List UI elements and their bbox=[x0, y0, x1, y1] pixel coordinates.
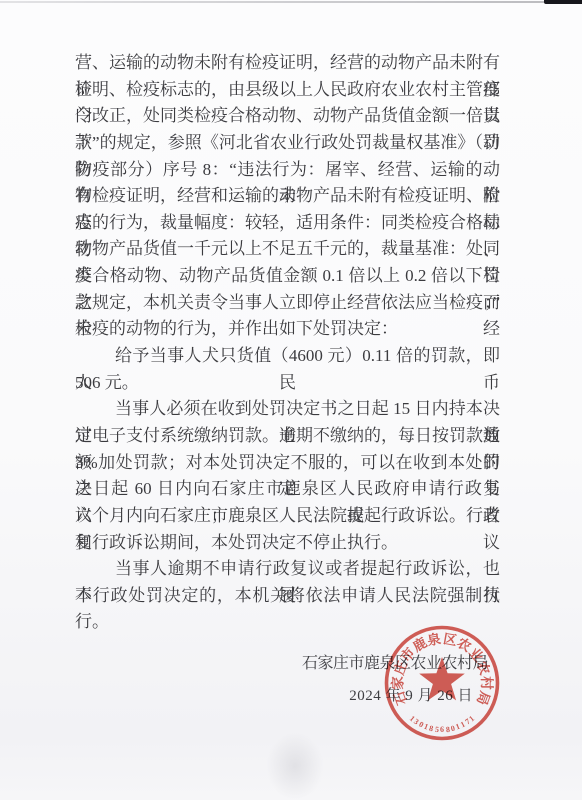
text-line: 本行政处罚决定的，本机关将依法申请人民法院强制执行。 bbox=[75, 583, 500, 610]
seal-star-icon bbox=[419, 657, 465, 700]
scanned-document-page: 营、运输的动物未附有检疫证明，经营的动物产品未附有检疫 证明、检疫标志的，由县级… bbox=[0, 0, 582, 800]
scan-edge-corner-mark bbox=[544, 0, 582, 4]
text-line: 当事人必须在收到处罚决定书之日起 15 日内持本决定书通 bbox=[75, 396, 500, 423]
text-line: 过电子支付系统缴纳罚款。逾期不缴纳的，每日按罚款数额的 bbox=[75, 423, 500, 450]
text-line: 之规定，本机关责令当事人立即停止经营依法应当检疫而未经 bbox=[75, 290, 500, 317]
text-line: 3%加处罚款；对本处罚决定不服的，可以在收到本处罚决定书 bbox=[75, 450, 500, 477]
text-line: 当事人逾期不申请行政复议或者提起行政诉讼，也不履行 bbox=[75, 556, 500, 583]
scan-edge-line bbox=[0, 1, 582, 3]
text-line: 令改正，处同类检疫合格动物、动物产品货值金额一倍以下罚 bbox=[75, 103, 500, 130]
text-line: 六个月内向石家庄市鹿泉区人民法院提起行政诉讼。行政复议 bbox=[75, 503, 500, 530]
text-line: 防疫部分）序号 8：“违法行为：屠宰、经营、运输的动物未附 bbox=[75, 157, 500, 184]
text-line: 之日起 60 日内向石家庄市鹿泉区人民政府申请行政复议；或者 bbox=[75, 476, 500, 503]
text-line: 款”的规定，参照《河北省农业行政处罚裁量权基准》（动物 bbox=[75, 130, 500, 157]
text-line: 志的行为，裁量幅度：较轻，适用条件：同类检疫合格动物、 bbox=[75, 210, 500, 237]
text-line: 疫合格动物、动物产品货值金额 0.1 倍以上 0.2 倍以下罚款；” bbox=[75, 263, 500, 290]
text-line: 动物产品货值一千元以上不足五千元的，裁量基准：处同类检 bbox=[75, 236, 500, 263]
official-seal: 石家庄市鹿泉区农业农村局 1301856801171 bbox=[380, 621, 504, 745]
text-line: 有检疫证明，经营和运输的动物产品未附有检疫证明、检疫标 bbox=[75, 183, 500, 210]
scan-smudge bbox=[266, 732, 324, 800]
text-line: 给予当事人犬只货值（4600 元）0.11 倍的罚款，即人民币 bbox=[75, 343, 500, 370]
text-line: 营、运输的动物未附有检疫证明，经营的动物产品未附有检疫 bbox=[75, 50, 500, 77]
document-text: 营、运输的动物未附有检疫证明，经营的动物产品未附有检疫 证明、检疫标志的，由县级… bbox=[75, 50, 500, 609]
text-line: 证明、检疫标志的，由县级以上人民政府农业农村主管部门责 bbox=[75, 77, 500, 104]
